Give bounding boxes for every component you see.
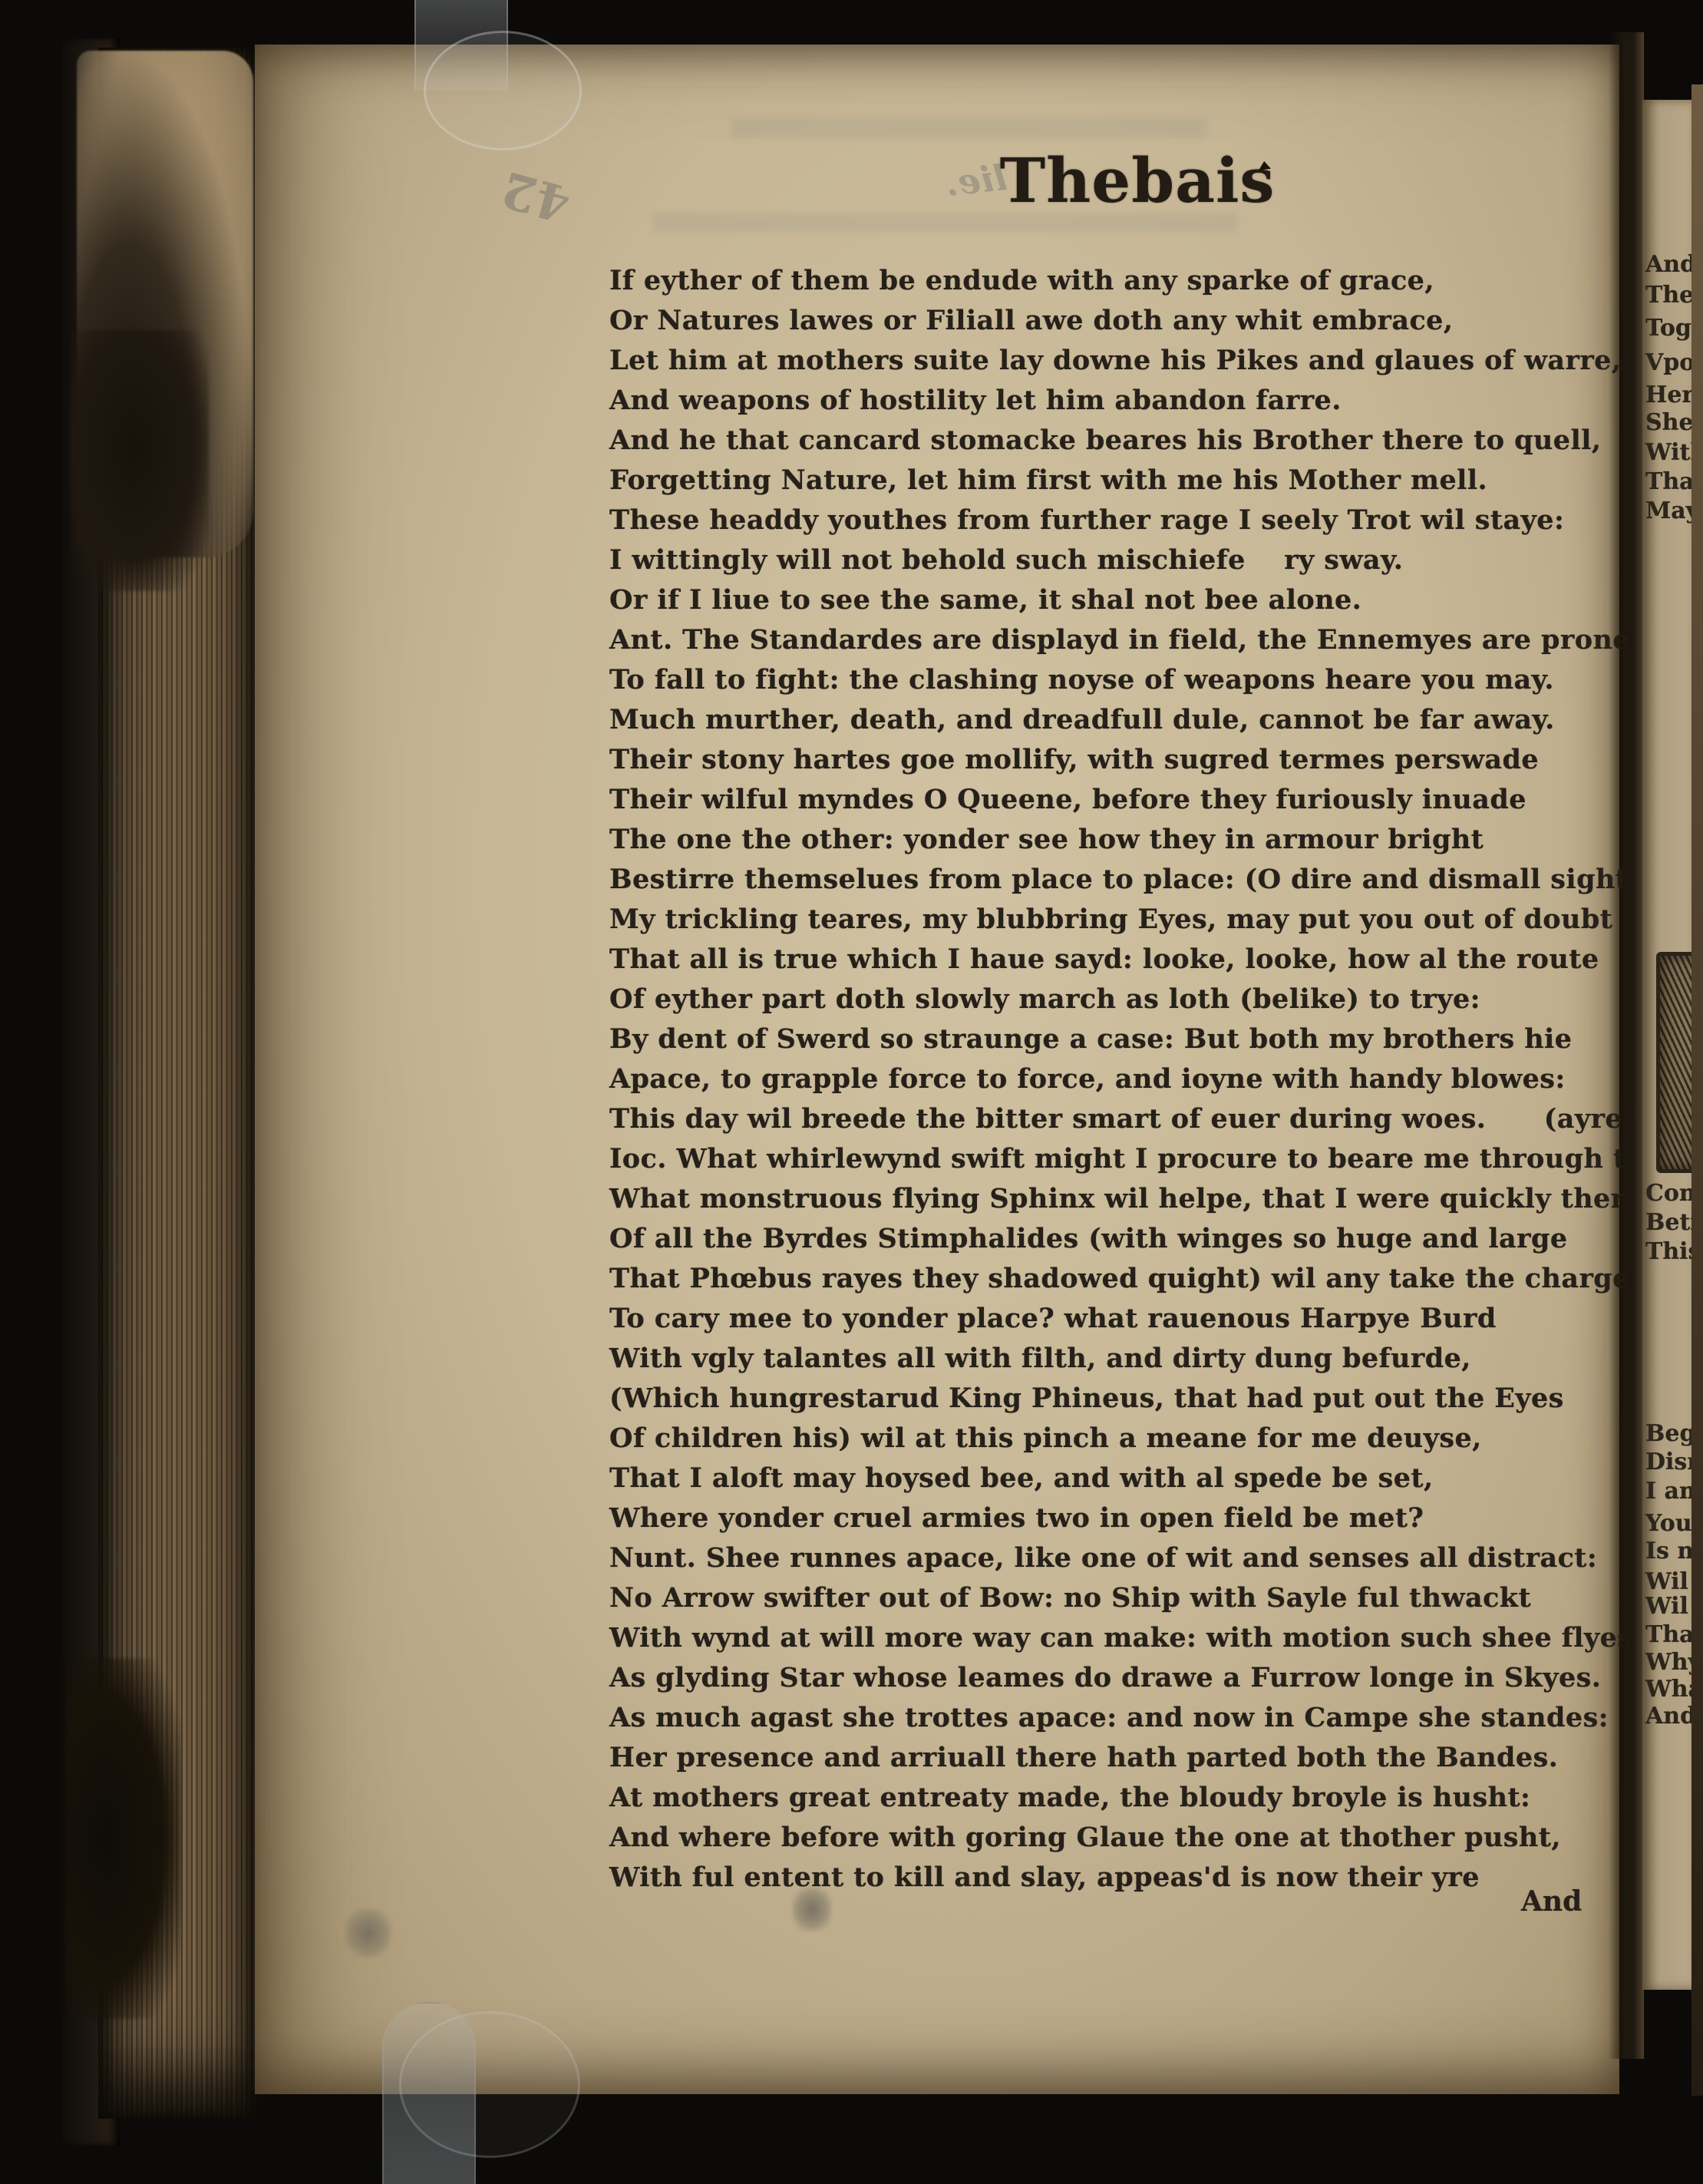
facing-line-fragment: And gl xyxy=(1645,1703,1691,1730)
facing-line-fragment: Betray xyxy=(1645,1209,1691,1236)
book-page: 42 lie. Thebais If eyther of them be end… xyxy=(255,45,1619,2094)
text-line: My trickling teares, my blubbring Eyes, … xyxy=(609,900,1630,940)
text-line: Their wilful myndes O Queene, before the… xyxy=(609,780,1630,820)
text-line: Of children his) wil at this pinch a mea… xyxy=(609,1419,1630,1459)
woodcut-initial xyxy=(1656,952,1691,1173)
facing-line-fragment: With h xyxy=(1645,439,1691,466)
text-line: And he that cancard stomacke beares his … xyxy=(609,421,1630,461)
text-line: To cary mee to yonder place? what raueno… xyxy=(609,1299,1630,1339)
facing-line-fragment: Wil yo xyxy=(1645,1593,1691,1620)
showthrough-smudge xyxy=(731,118,1206,138)
facing-page-sliver: And th The S Toge Vpon Her S She A With … xyxy=(1642,100,1691,1990)
text-line: What monstruous flying Sphinx wil helpe,… xyxy=(609,1179,1630,1219)
text-line: I wittingly will not behold such mischie… xyxy=(609,540,1630,580)
ink-smudge xyxy=(792,1887,832,1931)
text-line: These headdy youthes from further rage I… xyxy=(609,501,1630,540)
facing-line-fragment: Her S xyxy=(1645,382,1691,408)
facing-line-fragment: Comes xyxy=(1645,1180,1691,1207)
glass-disc-top xyxy=(424,31,582,150)
facing-line-fragment: You s xyxy=(1645,1510,1691,1537)
text-line: Forgetting Nature, let him first with me… xyxy=(609,461,1630,501)
text-line: With ful entent to kill and slay, appeas… xyxy=(609,1858,1630,1898)
text-line: Her presence and arriuall there hath par… xyxy=(609,1738,1630,1778)
gutter-dark-blotch-bottom xyxy=(66,1658,181,2019)
text-line: And where before with goring Glaue the o… xyxy=(609,1818,1630,1858)
text-line: By dent of Swerd so straunge a case: But… xyxy=(609,1019,1630,1059)
facing-line-fragment: What cr xyxy=(1645,1676,1691,1703)
text-line: As much agast she trottes apace: and now… xyxy=(609,1698,1630,1738)
text-line: And weapons of hostility let him abandon… xyxy=(609,381,1630,421)
facing-page-edge xyxy=(1691,84,1703,2096)
ink-smudge xyxy=(345,1908,391,1958)
foliation-showthrough: 42 xyxy=(496,160,576,233)
page-gutter-shadow xyxy=(1609,32,1644,2059)
page-title: Thebais xyxy=(976,144,1299,216)
text-line: Their stony hartes goe mollify, with sug… xyxy=(609,740,1630,780)
facing-line-fragment: Wil yo xyxy=(1645,1568,1691,1595)
facing-line-fragment: Whyle y xyxy=(1645,1649,1691,1676)
facing-line-fragment: Is no xyxy=(1645,1538,1691,1564)
text-line: Ioc. What whirlewynd swift might I procu… xyxy=(609,1139,1630,1179)
text-line: This day wil breede the bitter smart of … xyxy=(609,1099,1630,1139)
facing-line-fragment: Vpon xyxy=(1645,349,1691,376)
facing-line-fragment: This v xyxy=(1645,1238,1691,1265)
text-line: The one the other: yonder see how they i… xyxy=(609,820,1630,860)
text-line: As glyding Star whose leames do drawe a … xyxy=(609,1658,1630,1698)
facing-line-fragment: I am xyxy=(1645,1478,1691,1505)
text-line: Of all the Byrdes Stimphalides (with win… xyxy=(609,1219,1630,1259)
text-line: Apace, to grapple force to force, and io… xyxy=(609,1059,1630,1099)
text-line: Let him at mothers suite lay downe his P… xyxy=(609,341,1630,381)
facing-line-fragment: That C xyxy=(1645,468,1691,495)
text-line: If eyther of them be endude with any spa… xyxy=(609,261,1630,301)
text-line: Ant. The Standardes are displayd in fiel… xyxy=(609,620,1630,660)
text-line: Where yonder cruel armies two in open fi… xyxy=(609,1498,1630,1538)
text-line: With vgly talantes all with filth, and d… xyxy=(609,1339,1630,1379)
catchword: And xyxy=(1521,1885,1582,1918)
facing-line-fragment: That th xyxy=(1645,1621,1691,1648)
text-line: No Arrow swifter out of Bow: no Ship wit… xyxy=(609,1578,1630,1618)
facing-line-fragment: And th xyxy=(1645,251,1691,278)
body-text: If eyther of them be endude with any spa… xyxy=(609,261,1630,1898)
text-line: Or Natures lawes or Filiall awe doth any… xyxy=(609,301,1630,341)
text-line: Or if I liue to see the same, it shal no… xyxy=(609,580,1630,620)
text-line: (Which hungrestarud King Phineus, that h… xyxy=(609,1379,1630,1419)
text-line: That I aloft may hoysed bee, and with al… xyxy=(609,1459,1630,1498)
text-line: Much murther, death, and dreadfull dule,… xyxy=(609,700,1630,740)
facing-line-fragment: She A xyxy=(1645,409,1691,436)
facing-line-fragment: The S xyxy=(1645,282,1691,309)
facing-line-fragment: Toge xyxy=(1645,315,1691,342)
text-line: To fall to fight: the clashing noyse of … xyxy=(609,660,1630,700)
text-line: Of eyther part doth slowly march as loth… xyxy=(609,980,1630,1019)
book-photograph: 42 lie. Thebais If eyther of them be end… xyxy=(0,0,1703,2184)
text-line: That Phœbus rayes they shadowed quight) … xyxy=(609,1259,1630,1299)
facing-line-fragment: Dism xyxy=(1645,1449,1691,1475)
text-line: At mothers great entreaty made, the blou… xyxy=(609,1778,1630,1818)
text-line: With wynd at will more way can make: wit… xyxy=(609,1618,1630,1658)
glass-disc-bottom xyxy=(399,2011,580,2158)
text-line: Bestirre themselues from place to place:… xyxy=(609,860,1630,900)
gutter-dark-blotch xyxy=(71,330,209,591)
facing-line-fragment: Begot xyxy=(1645,1420,1691,1447)
text-line: Nunt. Shee runnes apace, like one of wit… xyxy=(609,1538,1630,1578)
text-line: That all is true which I haue sayd: look… xyxy=(609,940,1630,980)
facing-line-fragment: May see xyxy=(1645,497,1691,524)
